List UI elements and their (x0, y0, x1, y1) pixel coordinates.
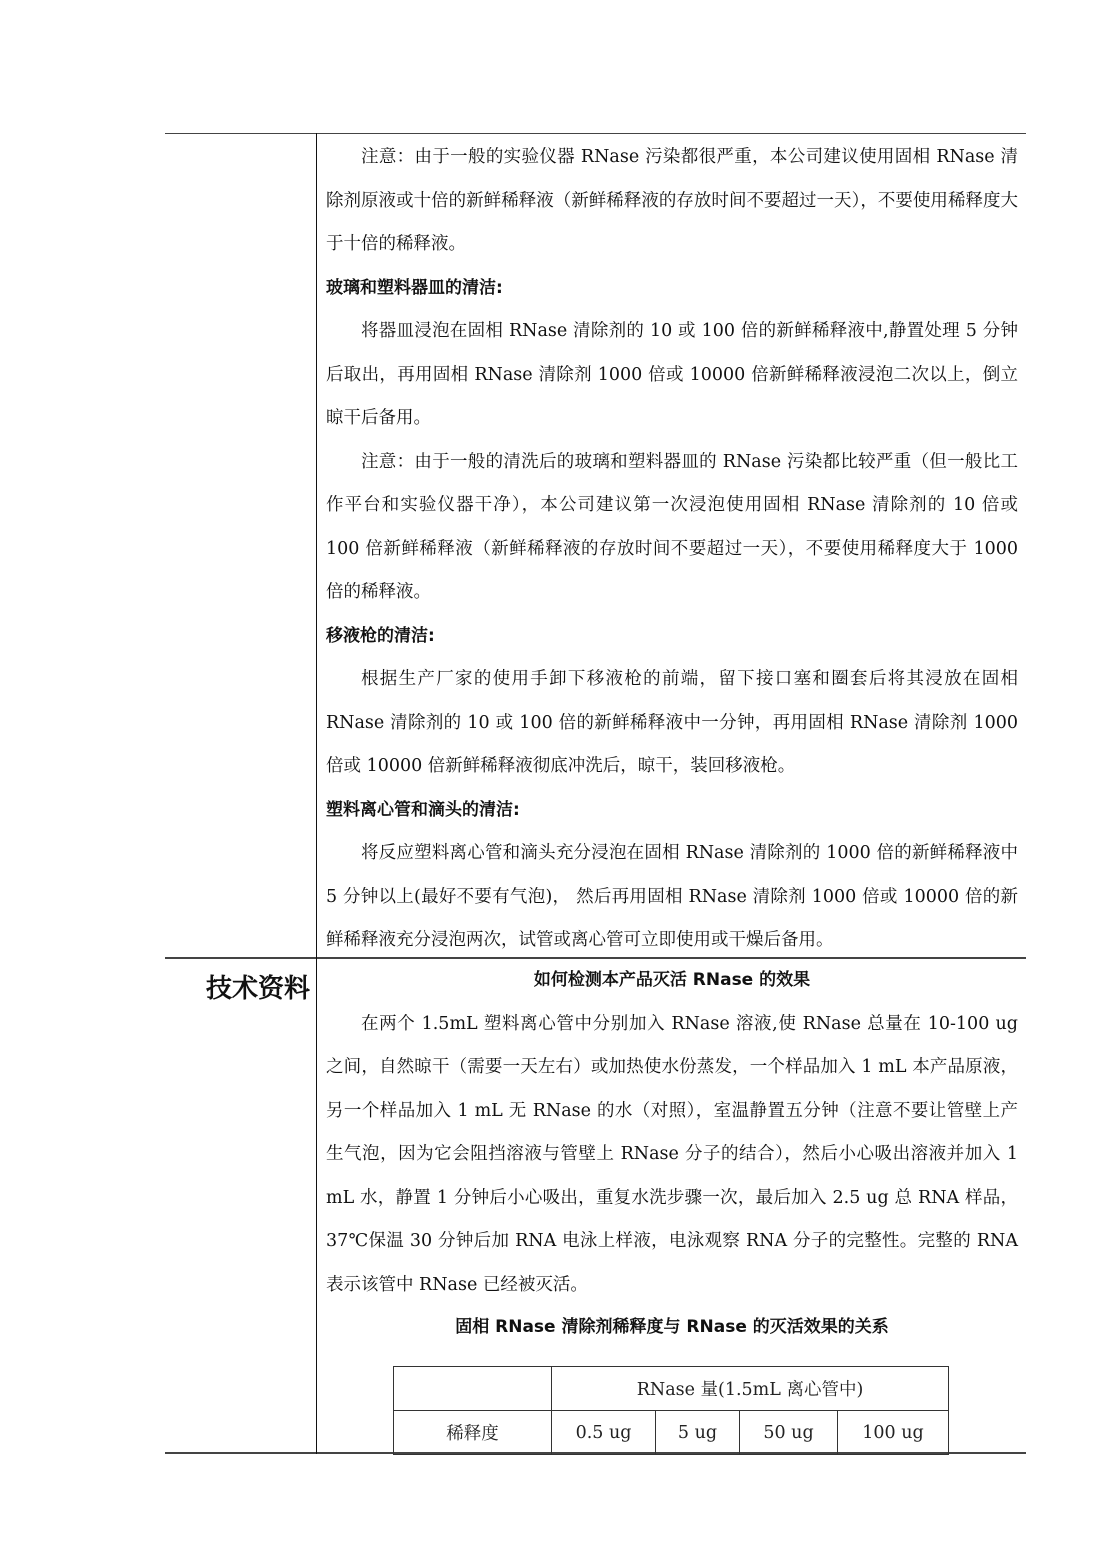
table-caption: 固相 RNase 清除剂稀释度与 RNase 的灭活效果的关系 (326, 1312, 1018, 1337)
table-header-row: RNase 量(1.5mL 离心管中) (394, 1367, 949, 1411)
rnase-amount-header: RNase 量(1.5mL 离心管中) (552, 1367, 949, 1411)
section-label-technical-info: 技术资料 (165, 968, 310, 1005)
column-header-5ug: 5 ug (656, 1411, 740, 1455)
technical-info-cell: 如何检测本产品灭活 RNase 的效果 在两个 1.5mL 塑料离心管中分别加入… (326, 959, 1018, 1307)
note-glass-plastic: 注意：由于一般的清洗后的玻璃和塑料器皿的 RNase 污染都比较严重（但一般比工… (326, 441, 1018, 615)
pipette-procedure: 根据生产厂家的使用手卸下移液枪的前端，留下接口塞和圈套后将其浸放在固相 RNas… (326, 658, 1018, 789)
tubes-tips-procedure: 将反应塑料离心管和滴头充分浸泡在固相 RNase 清除剂的 1000 倍的新鲜稀… (326, 832, 1018, 963)
column-header-50ug: 50 ug (740, 1411, 838, 1455)
column-header-100ug: 100 ug (838, 1411, 949, 1455)
column-header-0-5ug: 0.5 ug (552, 1411, 656, 1455)
table-top-border (165, 133, 1026, 134)
technical-info-body: 在两个 1.5mL 塑料离心管中分别加入 RNase 溶液,使 RNase 总量… (326, 1003, 1018, 1308)
heading-glass-plastic: 玻璃和塑料器皿的清洁: (326, 267, 1018, 311)
table-row: 稀释度 0.5 ug 5 ug 50 ug 100 ug (394, 1411, 949, 1455)
glass-plastic-procedure: 将器皿浸泡在固相 RNase 清除剂的 10 或 100 倍的新鲜稀释液中,静置… (326, 310, 1018, 441)
empty-corner-cell (394, 1367, 552, 1411)
note-instruments: 注意：由于一般的实验仪器 RNase 污染都很严重，本公司建议使用固相 RNas… (326, 136, 1018, 267)
heading-pipette: 移液枪的清洁: (326, 615, 1018, 659)
dilution-effect-table: RNase 量(1.5mL 离心管中) 稀释度 0.5 ug 5 ug 50 u… (393, 1366, 949, 1455)
dilution-label-cell: 稀释度 (394, 1411, 552, 1455)
column-divider (316, 133, 317, 1454)
heading-tubes-tips: 塑料离心管和滴头的清洁: (326, 789, 1018, 833)
cleaning-instructions-cell: 注意：由于一般的实验仪器 RNase 污染都很严重，本公司建议使用固相 RNas… (326, 136, 1018, 963)
technical-info-title: 如何检测本产品灭活 RNase 的效果 (326, 959, 1018, 1003)
